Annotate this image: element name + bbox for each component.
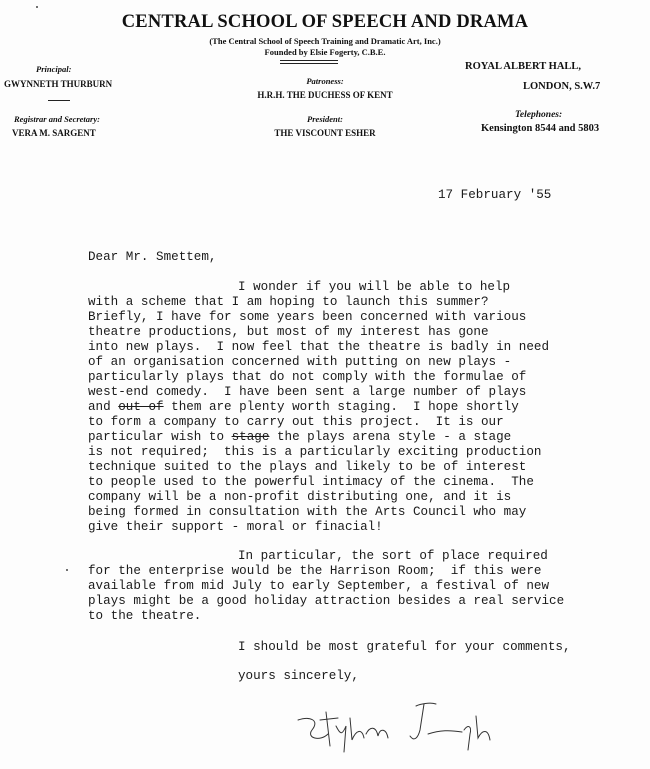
signoff: yours sincerely, [238, 669, 359, 684]
text-line: and out of them are plenty worth staging… [88, 400, 519, 415]
text-fragment: particular wish to [88, 430, 232, 444]
letterhead-rule [280, 60, 338, 61]
telephones-label: Telephones: [515, 110, 562, 120]
signature: Stephen Joseph [290, 690, 530, 760]
scan-speck [66, 569, 68, 571]
principal-label: Principal: [36, 64, 71, 74]
text-line: with a scheme that I am hoping to launch… [88, 295, 489, 310]
text-line: to form a company to carry out this proj… [88, 415, 504, 430]
struck-text: stage [232, 430, 270, 444]
text-line: theatre productions, but most of my inte… [88, 325, 489, 340]
text-line: into new plays. I now feel that the thea… [88, 340, 549, 355]
text-line: give their support - moral or finacial! [88, 520, 383, 535]
text-line: particular wish to stage the plays arena… [88, 430, 511, 445]
text-fragment: the plays arena style - a stage [269, 430, 511, 444]
text-line: being formed in consultation with the Ar… [88, 505, 526, 520]
text-line: for the enterprise would be the Harrison… [88, 564, 541, 579]
divider [48, 100, 70, 101]
text-line: is not required; this is a particularly … [88, 445, 541, 460]
scan-speck [36, 6, 38, 8]
text-line: I wonder if you will be able to help [238, 280, 510, 295]
letter-date: 17 February '55 [438, 188, 551, 203]
text-line: company will be a non-profit distributin… [88, 490, 511, 505]
text-line: Briefly, I have for some years been conc… [88, 310, 526, 325]
telephones: Kensington 8544 and 5803 [481, 123, 599, 134]
text-line: technique suited to the plays and likely… [88, 460, 526, 475]
letterhead-title: CENTRAL SCHOOL OF SPEECH AND DRAMA [0, 12, 650, 33]
text-fragment: them are plenty worth staging. I hope sh… [164, 400, 519, 414]
letter-page: CENTRAL SCHOOL OF SPEECH AND DRAMA (The … [0, 0, 650, 769]
salutation: Dear Mr. Smettem, [88, 250, 216, 265]
text-line: particularly plays that do not comply wi… [88, 370, 526, 385]
text-line: In particular, the sort of place require… [238, 549, 548, 564]
text-line: of an organisation concerned with puttin… [88, 355, 511, 370]
text-fragment: and [88, 400, 118, 414]
text-line: plays might be a good holiday attraction… [88, 594, 564, 609]
letterhead-subtitle: (The Central School of Speech Training a… [0, 36, 650, 46]
text-line: west-end comedy. I have been sent a larg… [88, 385, 526, 400]
struck-text: out of [118, 400, 163, 414]
text-line: to people used to the powerful intimacy … [88, 475, 534, 490]
letterhead-founded: Founded by Elsie Fogerty, C.B.E. [0, 47, 650, 57]
address-line1: ROYAL ALBERT HALL, [465, 61, 581, 72]
closing-line: I should be most grateful for your comme… [238, 640, 571, 655]
address-line2: LONDON, S.W.7 [523, 81, 600, 92]
letterhead-rule-2 [280, 63, 338, 64]
text-line: available from mid July to early Septemb… [88, 579, 549, 594]
text-line: to the theatre. [88, 609, 201, 624]
